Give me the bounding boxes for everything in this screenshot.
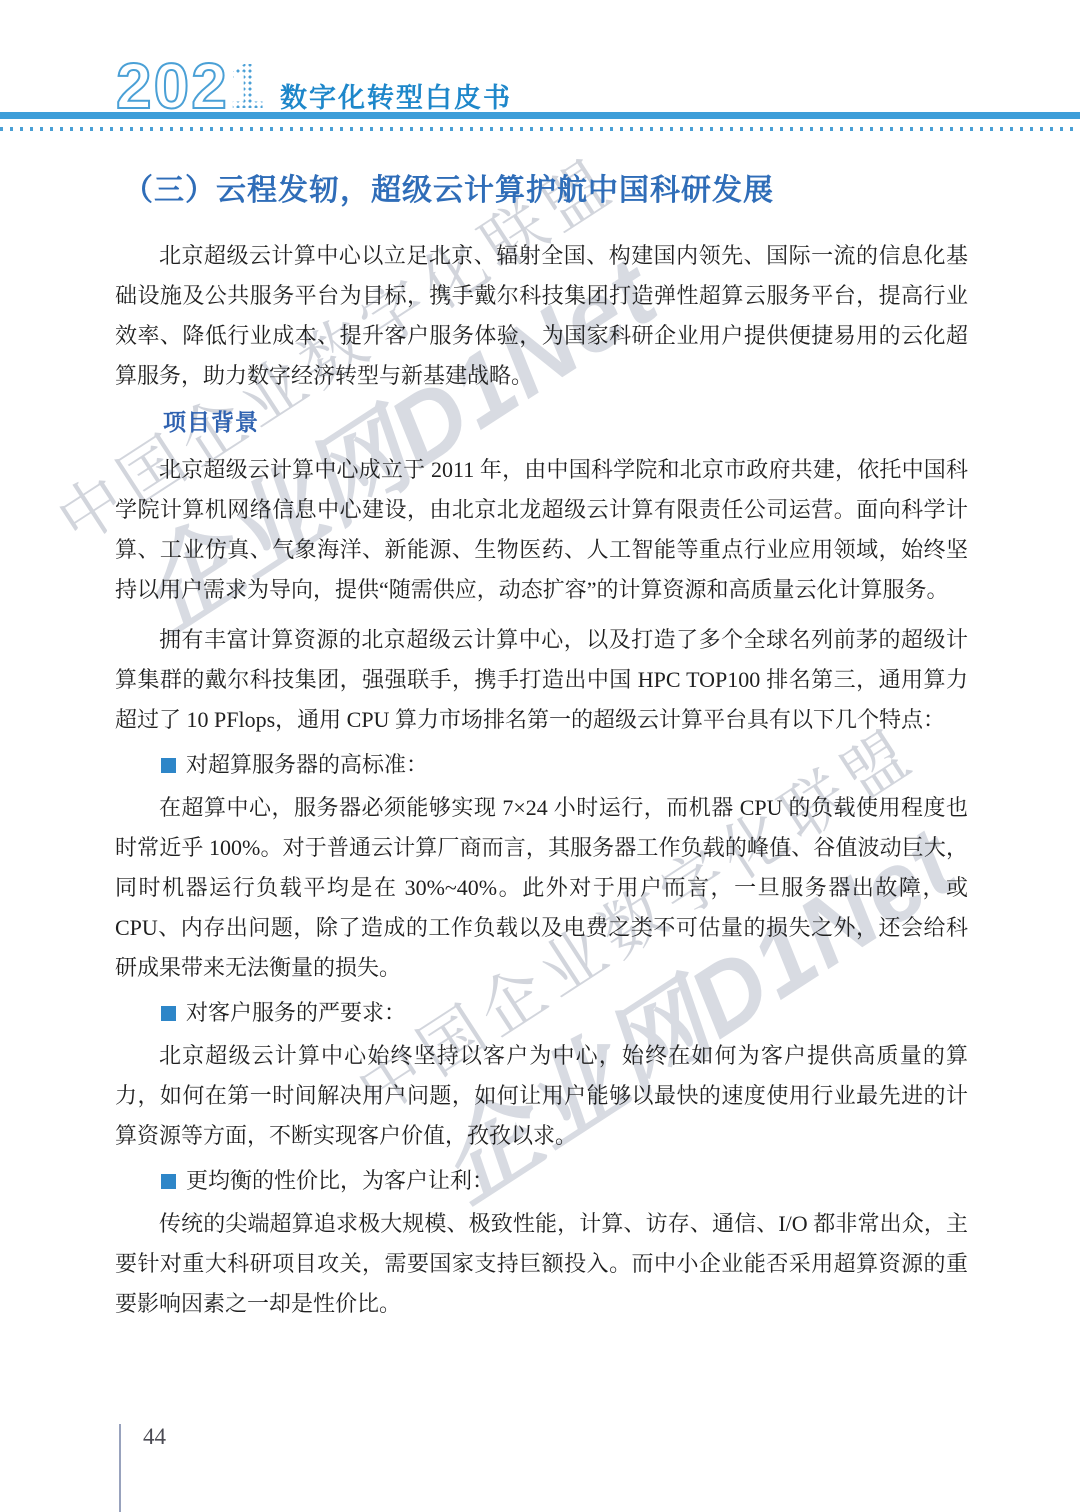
year-logo: 2021 <box>116 54 272 118</box>
paragraph: 北京超级云计算中心成立于 2011 年，由中国科学院和北京市政府共建，依托中国科… <box>115 450 968 610</box>
paragraph: 在超算中心，服务器必须能够实现 7×24 小时运行，而机器 CPU 的负载使用程… <box>115 788 968 988</box>
paragraph: 传统的尖端超算追求极大规模、极致性能，计算、访存、通信、I/O 都非常出众，主要… <box>115 1204 968 1324</box>
bullet-label: 对超算服务器的高标准： <box>186 752 428 777</box>
page-number: 44 <box>143 1424 166 1450</box>
bullet-item: 对超算服务器的高标准： <box>161 750 968 780</box>
section-title: （三）云程发轫，超级云计算护航中国科研发展 <box>123 170 968 212</box>
paragraph: 北京超级云计算中心始终坚持以客户为中心，始终在如何为客户提供高质量的算力，如何在… <box>115 1036 968 1156</box>
bullet-label: 对客户服务的严要求： <box>186 1000 406 1025</box>
year-logo-pixel-digit: 1 <box>229 50 273 122</box>
document-page: 中国企业数字化联盟 企业网D1Net 中国企业数字化联盟 企业网D1Net 20… <box>0 0 1080 1512</box>
paragraph: 北京超级云计算中心以立足北京、辐射全国、构建国内领先、国际一流的信息化基础设施及… <box>115 236 968 396</box>
footer-divider-line <box>119 1424 121 1512</box>
bullet-item: 更均衡的性价比，为客户让利： <box>161 1166 968 1196</box>
subheading-project-background: 项目背景 <box>163 406 968 438</box>
header-rule-dotted <box>0 127 1080 131</box>
year-logo-outline-digits: 202 <box>116 50 229 122</box>
bullet-label: 更均衡的性价比，为客户让利： <box>186 1168 494 1193</box>
document-title: 数字化转型白皮书 <box>280 76 512 115</box>
bullet-square-icon <box>161 1006 176 1021</box>
main-content: （三）云程发轫，超级云计算护航中国科研发展 北京超级云计算中心以立足北京、辐射全… <box>115 160 968 1334</box>
paragraph: 拥有丰富计算资源的北京超级云计算中心，以及打造了多个全球名列前茅的超级计算集群的… <box>115 620 968 740</box>
bullet-square-icon <box>161 1174 176 1189</box>
bullet-square-icon <box>161 758 176 773</box>
bullet-item: 对客户服务的严要求： <box>161 998 968 1028</box>
